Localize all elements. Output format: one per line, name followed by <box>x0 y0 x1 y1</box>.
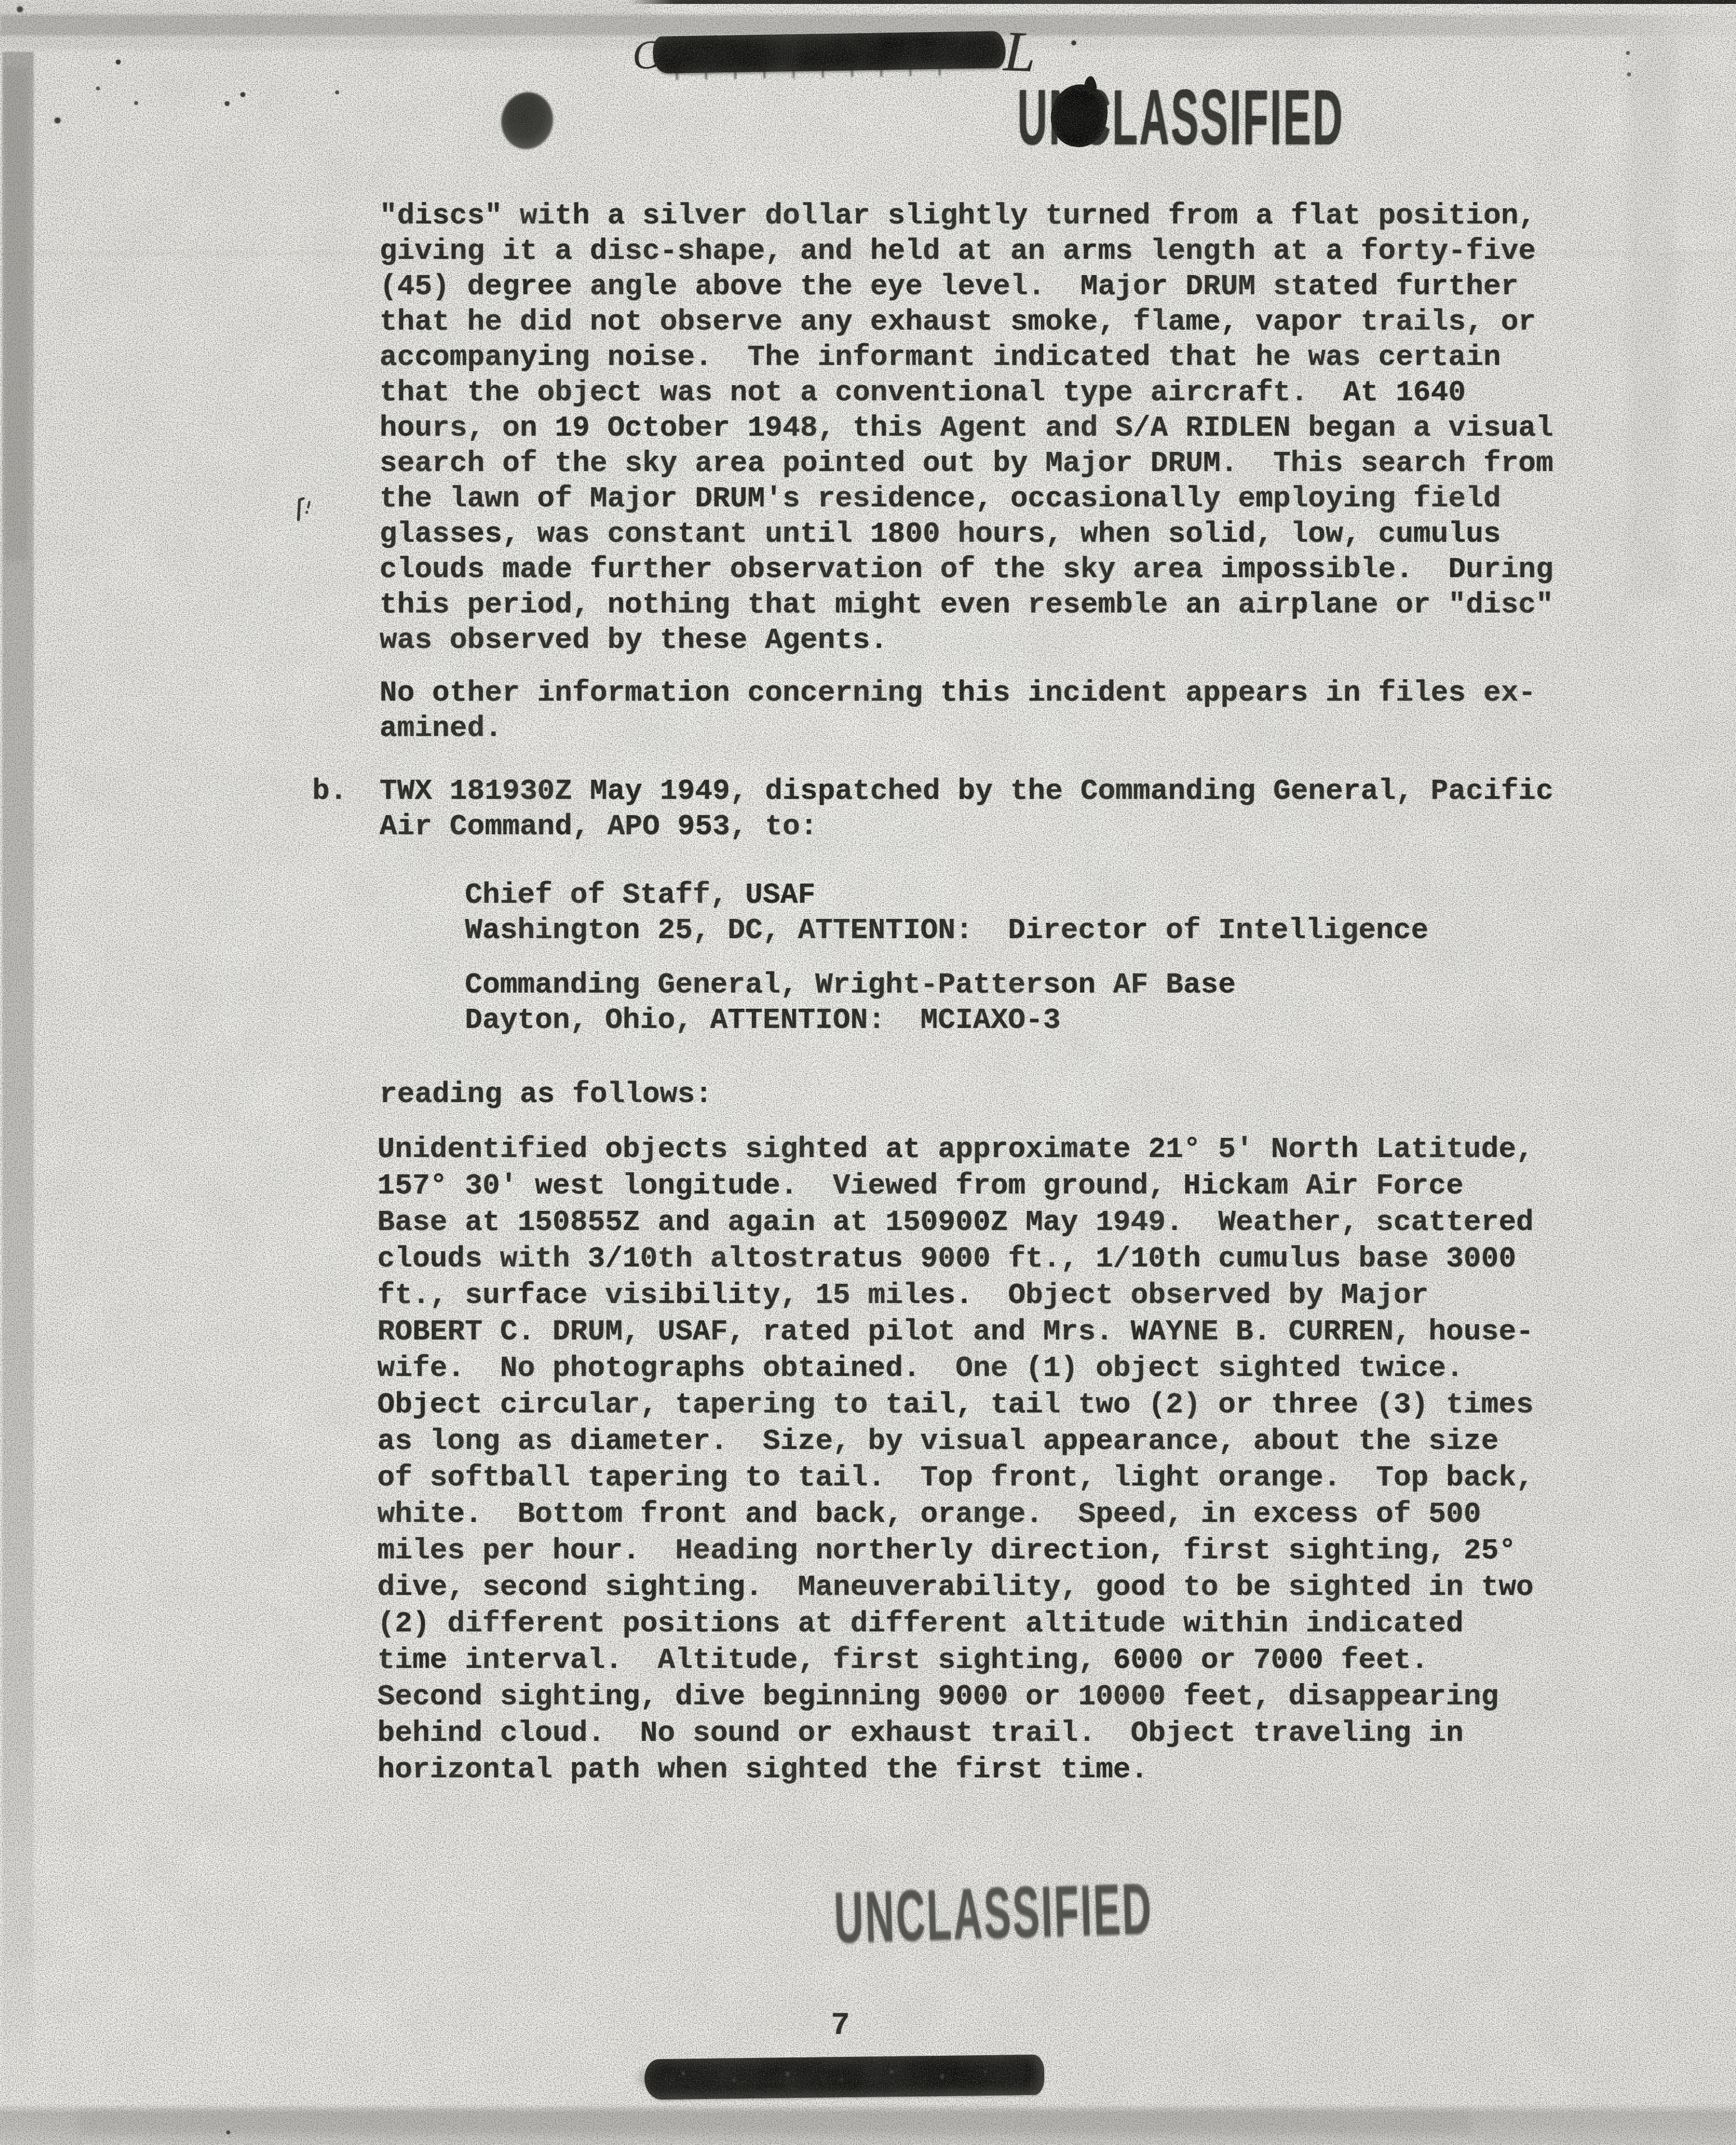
text-line: 157° 30' west longitude. Viewed from gro… <box>377 1168 1534 1204</box>
scan-band-bottom-dark <box>79 2110 1471 2134</box>
text-line: this period, nothing that might even res… <box>380 587 1554 623</box>
telex-body-paragraph: Unidentified objects sighted at approxim… <box>377 1131 1534 1788</box>
confidential-redaction-bar <box>653 31 1006 74</box>
text-line: ft., surface visibility, 15 miles. Objec… <box>377 1277 1534 1314</box>
text-line: TWX 181930Z May 1949, dispatched by the … <box>380 774 1554 809</box>
text-line: Base at 150855Z and again at 150900Z May… <box>377 1204 1534 1241</box>
bottom-redaction-bar <box>645 2055 1045 2100</box>
text-line: glasses, was constant until 1800 hours, … <box>380 516 1554 552</box>
body-paragraph-discs: "discs" with a silver dollar slightly tu… <box>380 198 1554 658</box>
unclassified-stamp-bottom: UNCLASSIFIED <box>833 1872 1154 1954</box>
item-b-label: b. <box>312 774 347 809</box>
text-line: horizontal path when sighted the first t… <box>377 1751 1534 1788</box>
scan-strip-left-dark <box>4 67 28 561</box>
text-line: ROBERT C. DRUM, USAF, rated pilot and Mr… <box>377 1314 1534 1350</box>
ink-specks <box>0 0 3 3</box>
reading-as-follows-line: reading as follows: <box>380 1077 712 1112</box>
text-line: Second sighting, dive beginning 9000 or … <box>377 1679 1534 1715</box>
text-line: clouds with 3/10th altostratus 9000 ft.,… <box>377 1241 1534 1277</box>
scan-edge-line-top <box>629 0 1736 4</box>
text-line: miles per hour. Heading northerly direct… <box>377 1533 1534 1569</box>
text-line: of softball tapering to tail. Top front,… <box>377 1460 1534 1496</box>
page-number: 7 <box>831 2008 850 2043</box>
text-line: "discs" with a silver dollar slightly tu… <box>380 198 1554 234</box>
text-line: the lawn of Major DRUM's residence, occa… <box>380 481 1554 516</box>
address-commanding-general: Commanding General, Wright-Patterson AF … <box>465 967 1236 1038</box>
scan-band-right <box>1627 34 1676 601</box>
margin-ink-tick <box>307 501 311 509</box>
text-line: amined. <box>380 711 1536 746</box>
text-line: Air Command, APO 953, to: <box>380 809 1554 844</box>
text-line: as long as diameter. Size, by visual app… <box>377 1423 1534 1460</box>
text-line: Chief of Staff, USAF <box>465 877 1428 913</box>
text-line: dive, second sighting. Maneuverability, … <box>377 1569 1534 1606</box>
text-line: Commanding General, Wright-Patterson AF … <box>465 967 1236 1003</box>
text-line: Object circular, tapering to tail, tail … <box>377 1387 1534 1423</box>
text-line: accompanying noise. The informant indica… <box>380 340 1554 375</box>
text-line: No other information concerning this inc… <box>380 675 1536 711</box>
text-line: that the object was not a conventional t… <box>380 375 1554 410</box>
scanned-document-page: C L UNCLASSIFIED "discs" with a silver d… <box>0 0 1736 2145</box>
text-line: was observed by these Agents. <box>380 623 1554 658</box>
text-line: that he did not observe any exhaust smok… <box>380 304 1554 340</box>
paragraph-no-other-information: No other information concerning this inc… <box>380 675 1536 746</box>
text-line: behind cloud. No sound or exhaust trail.… <box>377 1715 1534 1751</box>
confidential-stamp-remnant-l: L <box>1003 23 1036 81</box>
text-line: Unidentified objects sighted at approxim… <box>377 1131 1534 1168</box>
address-chief-of-staff: Chief of Staff, USAFWashington 25, DC, A… <box>465 877 1428 948</box>
text-line: time interval. Altitude, first sighting,… <box>377 1642 1534 1679</box>
item-b-text: TWX 181930Z May 1949, dispatched by the … <box>380 774 1554 844</box>
text-line: wife. No photographs obtained. One (1) o… <box>377 1350 1534 1387</box>
text-line: giving it a disc-shape, and held at an a… <box>380 234 1554 269</box>
margin-ink-mark <box>296 496 319 523</box>
text-line: Dayton, Ohio, ATTENTION: MCIAXO-3 <box>465 1003 1236 1038</box>
text-line: clouds made further observation of the s… <box>380 552 1554 587</box>
text-line: (45) degree angle above the eye level. M… <box>380 269 1554 304</box>
margin-ink-stroke <box>297 498 301 521</box>
text-line: (2) different positions at different alt… <box>377 1606 1534 1642</box>
text-line: white. Bottom front and back, orange. Sp… <box>377 1496 1534 1533</box>
text-line: search of the sky area pointed out by Ma… <box>380 446 1554 481</box>
hole-punch-mark <box>497 88 558 153</box>
text-line: hours, on 19 October 1948, this Agent an… <box>380 410 1554 446</box>
text-line: Washington 25, DC, ATTENTION: Director o… <box>465 913 1428 948</box>
